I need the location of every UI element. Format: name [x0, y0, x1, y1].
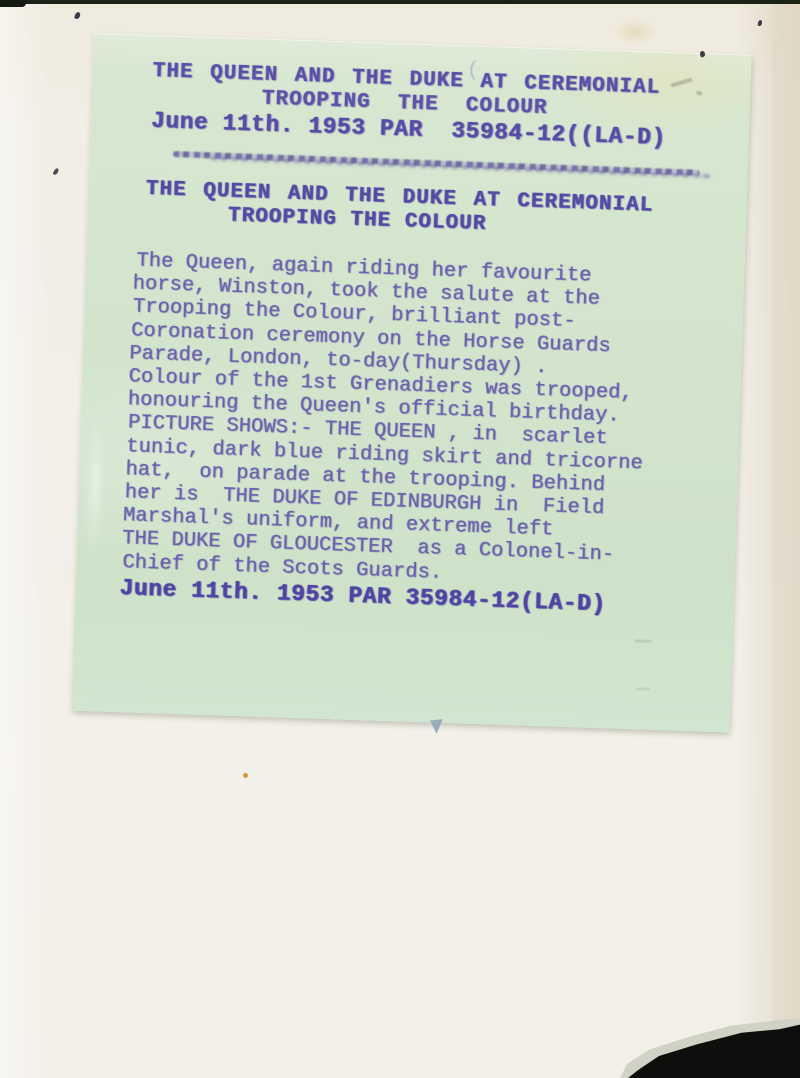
- scanned-photo-caption: { "document": { "stamp_top": { "line1": …: [0, 0, 800, 1078]
- pencil-smudge: [637, 687, 651, 690]
- backing-right-edge-band: [772, 0, 800, 1078]
- dust-speck: [74, 11, 81, 19]
- caption-body: The Queen, again riding her favourite ho…: [76, 248, 744, 594]
- faint-ink-ghost-mark: (: [467, 59, 480, 82]
- backing-stain: [613, 19, 657, 45]
- dust-speck: [758, 20, 763, 27]
- scan-edge-top-left-blob: [0, 0, 26, 7]
- stamp-block: THE QUEEN AND THE DUKE AT CEREMONIAL TRO…: [91, 58, 751, 155]
- pencil-smudge: [634, 639, 652, 643]
- caption-paper: THE QUEEN AND THE DUKE AT CEREMONIAL TRO…: [72, 33, 752, 732]
- typed-divider-rule: [173, 151, 700, 176]
- scan-edge-top: [0, 0, 800, 4]
- dust-speck: [53, 167, 60, 175]
- caption-heading-block: THE QUEEN AND THE DUKE AT CEREMONIAL TRO…: [88, 176, 747, 246]
- dust-speck-orange: [243, 773, 248, 778]
- paper-edge-notch: [430, 719, 443, 734]
